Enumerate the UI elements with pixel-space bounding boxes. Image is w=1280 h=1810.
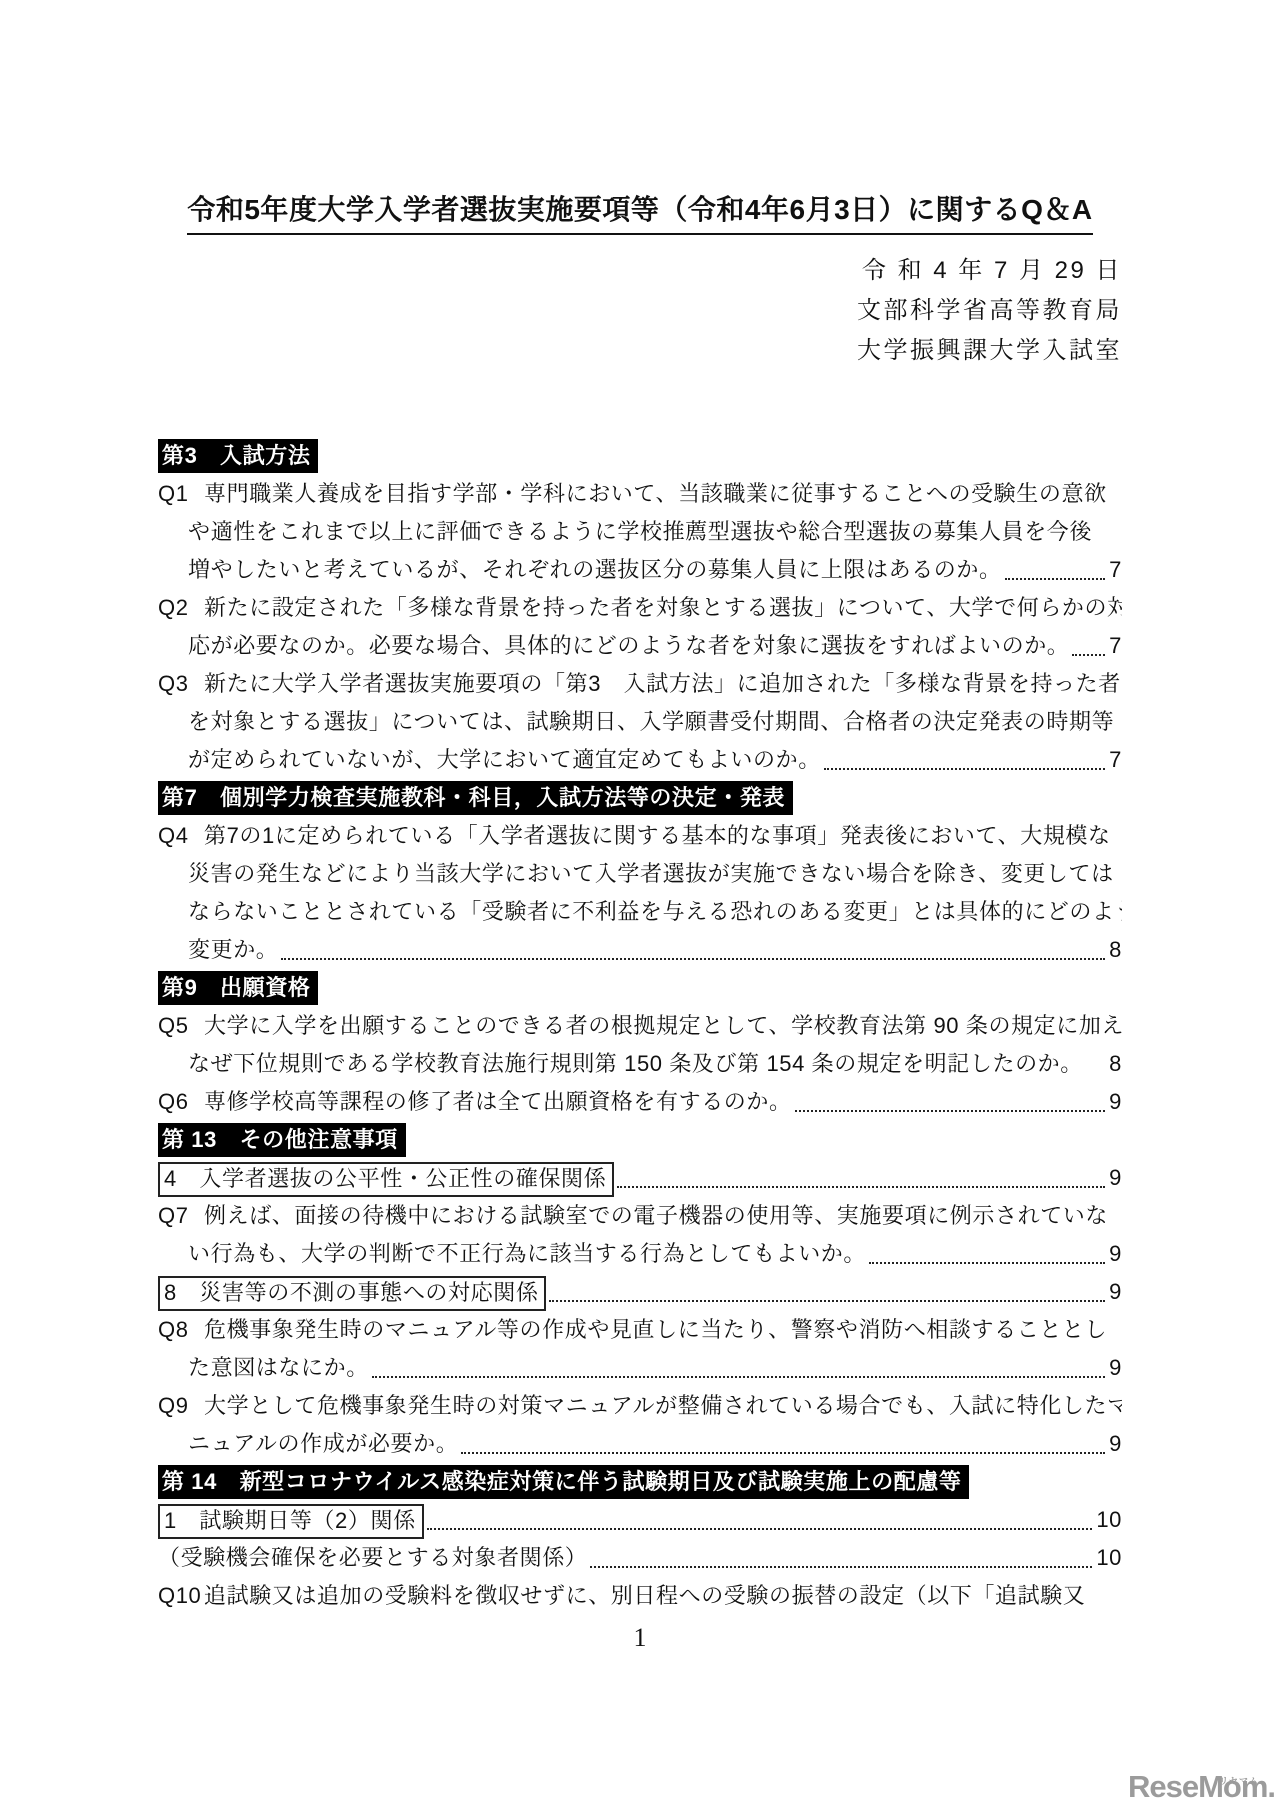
section-header-label: 第 14 新型コロナウイルス感染症対策に伴う試験期日及び試験実施上の配慮等 <box>158 1465 969 1499</box>
toc-entry-page: 8 <box>1109 931 1122 969</box>
dot-leader <box>590 1566 1092 1568</box>
toc-question-line: た意図はなにか。9 <box>158 1349 1122 1387</box>
resemom-watermark: リセマム ReseMom. <box>1128 1770 1275 1804</box>
question-text: 専門職業人養成を目指す学部・学科において、当該職業に従事することへの受験生の意欲 <box>204 475 1107 513</box>
dot-leader <box>824 768 1105 770</box>
section-header-label: 第 13 その他注意事項 <box>158 1123 406 1157</box>
toc-entry-label: （受験機会確保を必要とする対象者関係） <box>158 1539 587 1577</box>
toc-question-line: Q8危機事象発生時のマニュアル等の作成や見直しに当たり、警察や消防へ相談すること… <box>158 1311 1122 1349</box>
toc-question-line: Q6専修学校高等課程の修了者は全て出願資格を有するのか。9 <box>158 1083 1122 1121</box>
question-text: た意図はなにか。 <box>188 1349 369 1387</box>
question-number: Q1 <box>158 475 204 513</box>
question-text: 第7の1に定められている「入学者選抜に関する基本的な事項」発表後において、大規模… <box>204 817 1111 855</box>
question-text: ならないこととされている「受験者に不利益を与える恐れのある変更」とは具体的にどの… <box>188 893 1122 931</box>
question-text: や適性をこれまで以上に評価できるように学校推薦型選抜や総合型選抜の募集人員を今後 <box>188 513 1092 551</box>
question-text: 危機事象発生時のマニュアル等の作成や見直しに当たり、警察や消防へ相談することとし <box>204 1311 1107 1349</box>
toc-section: 第3 入試方法 <box>158 437 1122 475</box>
toc-question-line: が定められていないが、大学において適宜定めてもよいのか。7 <box>158 741 1122 779</box>
toc-section: 第 13 その他注意事項 <box>158 1121 1122 1159</box>
toc-question-line: 応が必要なのか。必要な場合、具体的にどのような者を対象に選抜をすればよいのか。7 <box>158 627 1122 665</box>
toc-entry-page: 7 <box>1109 741 1122 779</box>
question-text: 大学として危機事象発生時の対策マニュアルが整備されている場合でも、入試に特化した… <box>204 1387 1122 1425</box>
issuer-block: 令 和 4 年 7 月 29 日 文部科学省高等教育局 大学振興課大学入試室 <box>158 251 1122 371</box>
question-text: が定められていないが、大学において適宜定めてもよいのか。 <box>188 741 821 779</box>
dot-leader <box>795 1110 1106 1112</box>
question-text: 変更か。 <box>188 931 278 969</box>
document-page: 令和5年度大学入学者選抜実施要項等（令和4年6月3日）に関するQ＆A 令 和 4… <box>158 0 1122 1810</box>
dot-leader <box>1072 654 1105 656</box>
toc-section: 第9 出願資格 <box>158 969 1122 1007</box>
toc-entry-label: 4 入学者選抜の公平性・公正性の確保関係 <box>158 1162 614 1197</box>
toc-question-line: 災害の発生などにより当該大学において入学者選抜が実施できない場合を除き、変更して… <box>158 855 1122 893</box>
toc-boxed-entry: 8 災害等の不測の事態への対応関係9 <box>158 1273 1122 1311</box>
toc-question-line: Q4第7の1に定められている「入学者選抜に関する基本的な事項」発表後において、大… <box>158 817 1122 855</box>
toc-question-line: Q3新たに大学入学者選抜実施要項の「第3 入試方法」に追加された「多様な背景を持… <box>158 665 1122 703</box>
toc-question-line: 増やしたいと考えているが、それぞれの選抜区分の募集人員に上限はあるのか。7 <box>158 551 1122 589</box>
question-text: 応が必要なのか。必要な場合、具体的にどのような者を対象に選抜をすればよいのか。 <box>188 627 1069 665</box>
question-text: 例えば、面接の待機中における試験室での電子機器の使用等、実施要項に例示されていな <box>204 1197 1108 1235</box>
question-number: Q5 <box>158 1007 204 1045</box>
toc-section: 第 14 新型コロナウイルス感染症対策に伴う試験期日及び試験実施上の配慮等 <box>158 1463 1122 1501</box>
toc-entry-page: 8 <box>1109 1045 1122 1083</box>
toc-question-line: Q5大学に入学を出願することのできる者の根拠規定として、学校教育法第 90 条の… <box>158 1007 1122 1045</box>
question-text: 新たに大学入学者選抜実施要項の「第3 入試方法」に追加された「多様な背景を持った… <box>204 665 1121 703</box>
toc-question-line: を対象とする選抜」については、試験期日、入学願書受付期間、合格者の決定発表の時期… <box>158 703 1122 741</box>
dot-leader <box>281 958 1105 960</box>
question-number: Q6 <box>158 1083 204 1121</box>
dot-leader <box>549 1300 1105 1302</box>
toc-entry-page: 9 <box>1109 1349 1122 1387</box>
toc-boxed-entry: 1 試験期日等（2）関係10 <box>158 1501 1122 1539</box>
question-number: Q2 <box>158 589 204 627</box>
question-text: なぜ下位規則である学校教育法施行規則第 150 条及び第 154 条の規定を明記… <box>188 1045 1083 1083</box>
toc-entry-page: 10 <box>1096 1501 1122 1539</box>
question-text: い行為も、大学の判断で不正行為に該当する行為としてもよいか。 <box>188 1235 866 1273</box>
toc-question-line: ニュアルの作成が必要か。9 <box>158 1425 1122 1463</box>
resemom-watermark-ruby: リセマム <box>1219 1764 1259 1798</box>
toc: 第3 入試方法Q1専門職業人養成を目指す学部・学科において、当該職業に従事するこ… <box>158 437 1122 1615</box>
toc-entry-label: 8 災害等の不測の事態への対応関係 <box>158 1276 546 1311</box>
toc-entry-page: 10 <box>1096 1539 1122 1577</box>
dot-leader <box>869 1262 1105 1264</box>
toc-entry-label: 1 試験期日等（2）関係 <box>158 1504 424 1539</box>
question-text: 専修学校高等課程の修了者は全て出願資格を有するのか。 <box>204 1083 792 1121</box>
dot-leader <box>1005 578 1106 580</box>
toc-question-line: Q9大学として危機事象発生時の対策マニュアルが整備されている場合でも、入試に特化… <box>158 1387 1122 1425</box>
question-text: 災害の発生などにより当該大学において入学者選抜が実施できない場合を除き、変更して… <box>188 855 1114 893</box>
question-text: を対象とする選抜」については、試験期日、入学願書受付期間、合格者の決定発表の時期… <box>188 703 1114 741</box>
toc-question-line: Q2新たに設定された「多様な背景を持った者を対象とする選抜」について、大学で何ら… <box>158 589 1122 627</box>
toc-entry-page: 7 <box>1109 551 1122 589</box>
section-header-label: 第7 個別学力検査実施教科・科目，入試方法等の決定・発表 <box>158 781 793 815</box>
question-number: Q9 <box>158 1387 204 1425</box>
question-text: 追試験又は追加の受験料を徴収せずに、別日程への受験の振替の設定（以下「追試験又 <box>204 1577 1085 1615</box>
toc-question-line: ならないこととされている「受験者に不利益を与える恐れのある変更」とは具体的にどの… <box>158 893 1122 931</box>
toc-question-line: なぜ下位規則である学校教育法施行規則第 150 条及び第 154 条の規定を明記… <box>158 1045 1122 1083</box>
question-number: Q4 <box>158 817 204 855</box>
toc-section: 第7 個別学力検査実施教科・科目，入試方法等の決定・発表 <box>158 779 1122 817</box>
dot-leader <box>617 1186 1105 1188</box>
toc-plain-entry: （受験機会確保を必要とする対象者関係）10 <box>158 1539 1122 1577</box>
question-text: 増やしたいと考えているが、それぞれの選抜区分の募集人員に上限はあるのか。 <box>188 551 1002 589</box>
toc-question-line: Q7例えば、面接の待機中における試験室での電子機器の使用等、実施要項に例示されて… <box>158 1197 1122 1235</box>
question-number: Q8 <box>158 1311 204 1349</box>
question-number: Q7 <box>158 1197 204 1235</box>
question-text: ニュアルの作成が必要か。 <box>188 1425 458 1463</box>
toc-question-line: や適性をこれまで以上に評価できるように学校推薦型選抜や総合型選抜の募集人員を今後 <box>158 513 1122 551</box>
document-title: 令和5年度大学入学者選抜実施要項等（令和4年6月3日）に関するQ＆A <box>187 192 1092 235</box>
section-header-label: 第3 入試方法 <box>158 439 318 473</box>
toc-question-line: い行為も、大学の判断で不正行為に該当する行為としてもよいか。9 <box>158 1235 1122 1273</box>
issuer-office: 大学振興課大学入試室 <box>158 331 1122 371</box>
dot-leader <box>461 1452 1105 1454</box>
question-text: 新たに設定された「多様な背景を持った者を対象とする選抜」について、大学で何らかの… <box>204 589 1122 627</box>
toc-entry-page: 9 <box>1109 1273 1122 1311</box>
dot-leader <box>372 1376 1105 1378</box>
toc-entry-page: 7 <box>1109 627 1122 665</box>
question-number: Q3 <box>158 665 204 703</box>
toc-entry-page: 9 <box>1109 1425 1122 1463</box>
toc-entry-page: 9 <box>1109 1083 1122 1121</box>
toc-question-line: Q10追試験又は追加の受験料を徴収せずに、別日程への受験の振替の設定（以下「追試… <box>158 1577 1122 1615</box>
issuer-bureau: 文部科学省高等教育局 <box>158 291 1122 331</box>
toc-boxed-entry: 4 入学者選抜の公平性・公正性の確保関係9 <box>158 1159 1122 1197</box>
issue-date: 令 和 4 年 7 月 29 日 <box>158 251 1122 291</box>
toc-question-line: Q1専門職業人養成を目指す学部・学科において、当該職業に従事することへの受験生の… <box>158 475 1122 513</box>
toc-entry-page: 9 <box>1109 1235 1122 1273</box>
page-number: 1 <box>158 1621 1122 1655</box>
dot-leader <box>427 1528 1093 1530</box>
toc-entry-page: 9 <box>1109 1159 1122 1197</box>
question-number: Q10 <box>158 1577 204 1615</box>
question-text: 大学に入学を出願することのできる者の根拠規定として、学校教育法第 90 条の規定… <box>204 1007 1122 1045</box>
toc-question-line: 変更か。8 <box>158 931 1122 969</box>
section-header-label: 第9 出願資格 <box>158 971 318 1005</box>
